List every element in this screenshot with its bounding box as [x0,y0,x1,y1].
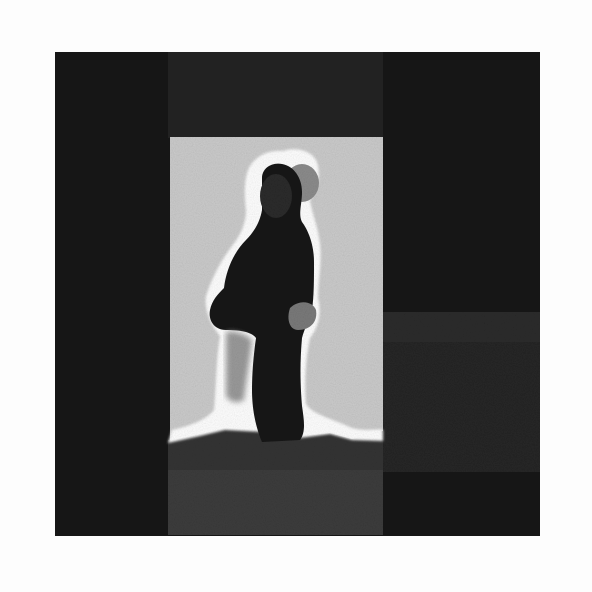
top-band [168,52,383,138]
right-wall-lower [383,312,540,342]
drawing-canvas [0,0,592,592]
right-wall-floor [383,342,540,472]
figure-head-shade [260,174,292,218]
